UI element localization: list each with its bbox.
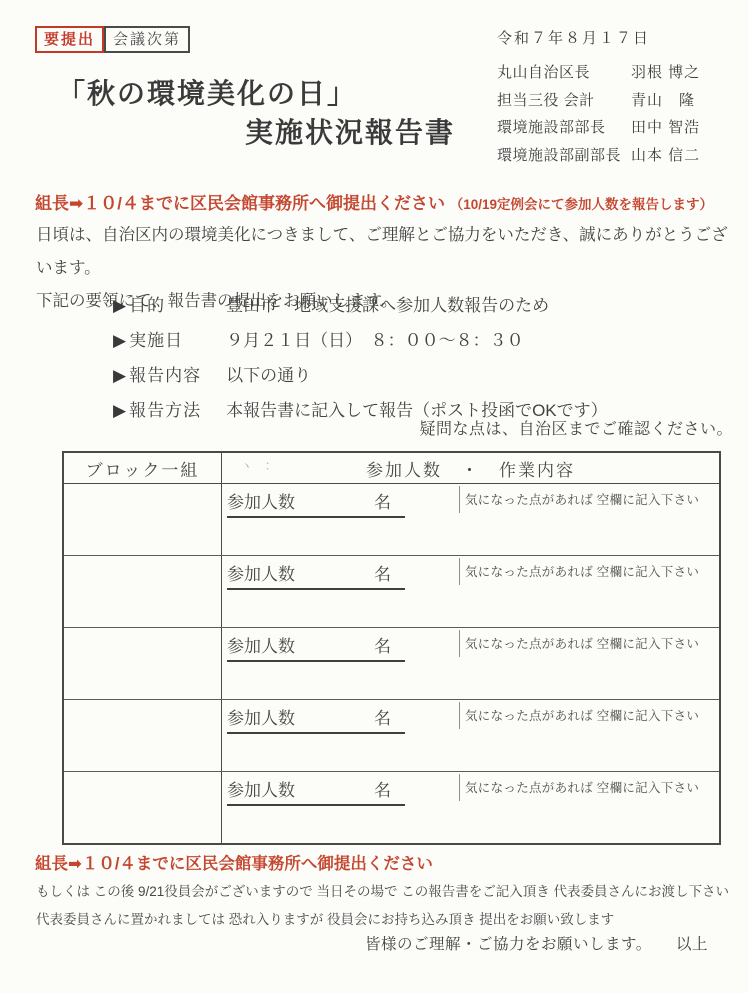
closing-line: 代表委員さんに置かれましては 恐れ入りますが 役員会にお持ち込み頂き 提出をお願… <box>36 906 742 934</box>
stray-pencil-marks: ヽ ： <box>240 455 282 474</box>
block-group-cell[interactable] <box>64 628 222 699</box>
requirement-label: 目的 <box>129 288 226 323</box>
official-name: 羽根 博之 <box>631 59 732 87</box>
table-row: 参加人数 名 気になった点があれば 空欄に記入下さい <box>64 772 719 843</box>
participants-fill-line: 参加人数 名 <box>227 776 405 806</box>
triangle-bullet-icon: ▶ <box>113 323 126 358</box>
participants-cell[interactable]: 参加人数 名 気になった点があれば 空欄に記入下さい <box>222 484 719 555</box>
participants-work-header-label: 参加人数 ・ 作業内容 <box>366 456 575 481</box>
unit-label: 名 <box>374 704 391 729</box>
note-divider <box>459 558 460 585</box>
participants-fill-line: 参加人数 名 <box>227 704 405 734</box>
official-row: 環境施設部部長 田中 智浩 <box>497 114 732 142</box>
report-document: 要提出 会議次第 令和７年８月１７日 丸山自治区長 羽根 博之 担当三役 会計 … <box>0 0 748 993</box>
row-note: 気になった点があれば 空欄に記入下さい <box>465 490 699 508</box>
closing-paragraph: もしくは この後 9/21役員会がございますので 当日その場で この報告書をご記… <box>36 878 742 934</box>
official-row: 環境施設部副部長 山本 信二 <box>497 142 732 170</box>
requirement-item: ▶ 目的 豊田市 地域支援課へ参加人数報告のため <box>113 288 608 323</box>
requirement-label: 報告内容 <box>129 358 226 393</box>
requirement-value: 豊田市 地域支援課へ参加人数報告のため <box>226 288 549 323</box>
official-row: 担当三役 会計 青山 隆 <box>497 87 732 115</box>
unit-label: 名 <box>374 560 391 585</box>
block-group-cell[interactable] <box>64 772 222 843</box>
question-note: 疑問な点は、自治区までご確認ください。 <box>419 416 733 439</box>
participants-cell[interactable]: 参加人数 名 気になった点があれば 空欄に記入下さい <box>222 772 719 843</box>
participants-fill-line: 参加人数 名 <box>227 632 405 662</box>
unit-label: 名 <box>374 632 391 657</box>
triangle-bullet-icon: ▶ <box>113 288 126 323</box>
table-row: 参加人数 名 気になった点があれば 空欄に記入下さい <box>64 484 719 556</box>
page-title-line1: 「秋の環境美化の日」 <box>57 74 455 113</box>
participants-cell[interactable]: 参加人数 名 気になった点があれば 空欄に記入下さい <box>222 556 719 627</box>
participants-cell[interactable]: 参加人数 名 気になった点があれば 空欄に記入下さい <box>222 628 719 699</box>
requirement-label: 実施日 <box>129 323 226 358</box>
participants-fill-line: 参加人数 名 <box>227 560 405 590</box>
block-group-header-cell: ブロック一組 <box>64 453 222 483</box>
triangle-bullet-icon: ▶ <box>113 358 126 393</box>
official-role: 環境施設部副部長 <box>497 142 631 170</box>
table-row: 参加人数 名 気になった点があれば 空欄に記入下さい <box>64 700 719 772</box>
deadline-notice-top: 組長➡１０/４までに区民会館事務所へ御提出ください （10/19定例会にて参加人… <box>35 189 713 214</box>
official-role: 丸山自治区長 <box>497 59 631 87</box>
note-divider <box>459 774 460 801</box>
official-role: 担当三役 会計 <box>497 87 631 115</box>
requirement-value: 以下の通り <box>226 358 311 393</box>
unit-label: 名 <box>374 488 391 513</box>
unit-label: 名 <box>374 776 391 801</box>
required-submission-badge: 要提出 <box>35 26 104 53</box>
participants-label: 参加人数 <box>227 560 295 585</box>
note-divider <box>459 486 460 513</box>
page-title: 「秋の環境美化の日」 実施状況報告書 <box>57 74 455 152</box>
participants-label: 参加人数 <box>227 704 295 729</box>
block-group-cell[interactable] <box>64 484 222 555</box>
table-header-row: ブロック一組 ヽ ： 参加人数 ・ 作業内容 <box>64 453 719 484</box>
requirement-item: ▶ 報告内容 以下の通り <box>113 358 608 393</box>
participants-work-header-cell: ヽ ： 参加人数 ・ 作業内容 <box>222 453 719 483</box>
requirement-item: ▶ 実施日 ９月２１日（日） ８：００～８：３０ <box>113 323 608 358</box>
row-note: 気になった点があれば 空欄に記入下さい <box>465 778 699 796</box>
official-role: 環境施設部部長 <box>497 114 631 142</box>
note-divider <box>459 702 460 729</box>
page-title-line2: 実施状況報告書 <box>245 113 455 152</box>
requirement-label: 報告方法 <box>129 393 226 428</box>
row-note: 気になった点があれば 空欄に記入下さい <box>465 634 699 652</box>
row-note: 気になった点があれば 空欄に記入下さい <box>465 562 699 580</box>
meeting-agenda-badge: 会議次第 <box>104 26 190 53</box>
participants-label: 参加人数 <box>227 488 295 513</box>
requirement-value: ９月２１日（日） ８：００～８：３０ <box>226 323 524 358</box>
participants-fill-line: 参加人数 名 <box>227 488 405 518</box>
block-group-cell[interactable] <box>64 700 222 771</box>
closing-line: もしくは この後 9/21役員会がございますので 当日その場で この報告書をご記… <box>36 878 742 906</box>
block-group-cell[interactable] <box>64 556 222 627</box>
deadline-notice-main: 組長➡１０/４までに区民会館事務所へ御提出ください <box>35 194 445 213</box>
greeting-line: 日頃は、自治区内の環境美化につきまして、ご理解とご協力をいただき、誠にありがとう… <box>36 219 741 285</box>
document-date: 令和７年８月１７日 <box>497 28 732 50</box>
requirements-list: ▶ 目的 豊田市 地域支援課へ参加人数報告のため ▶ 実施日 ９月２１日（日） … <box>113 288 608 428</box>
participants-label: 参加人数 <box>227 632 295 657</box>
official-name: 青山 隆 <box>631 87 732 115</box>
participants-label: 参加人数 <box>227 776 295 801</box>
table-row: 参加人数 名 気になった点があれば 空欄に記入下さい <box>64 628 719 700</box>
deadline-notice-sub: （10/19定例会にて参加人数を報告します） <box>450 197 713 212</box>
participants-cell[interactable]: 参加人数 名 気になった点があれば 空欄に記入下さい <box>222 700 719 771</box>
official-row: 丸山自治区長 羽根 博之 <box>497 59 732 87</box>
report-table: ブロック一組 ヽ ： 参加人数 ・ 作業内容 参加人数 名 気になった点があれば… <box>62 451 721 845</box>
final-note: 皆様のご理解・ご協力をお願いします。 以上 <box>365 932 708 954</box>
official-name: 山本 信二 <box>631 142 732 170</box>
header-officials-block: 令和７年８月１７日 丸山自治区長 羽根 博之 担当三役 会計 青山 隆 環境施設… <box>497 28 732 169</box>
deadline-notice-bottom: 組長➡１０/４までに区民会館事務所へ御提出ください <box>35 850 433 874</box>
note-divider <box>459 630 460 657</box>
table-row: 参加人数 名 気になった点があれば 空欄に記入下さい <box>64 556 719 628</box>
triangle-bullet-icon: ▶ <box>113 393 126 428</box>
row-note: 気になった点があれば 空欄に記入下さい <box>465 706 699 724</box>
official-name: 田中 智浩 <box>631 114 732 142</box>
